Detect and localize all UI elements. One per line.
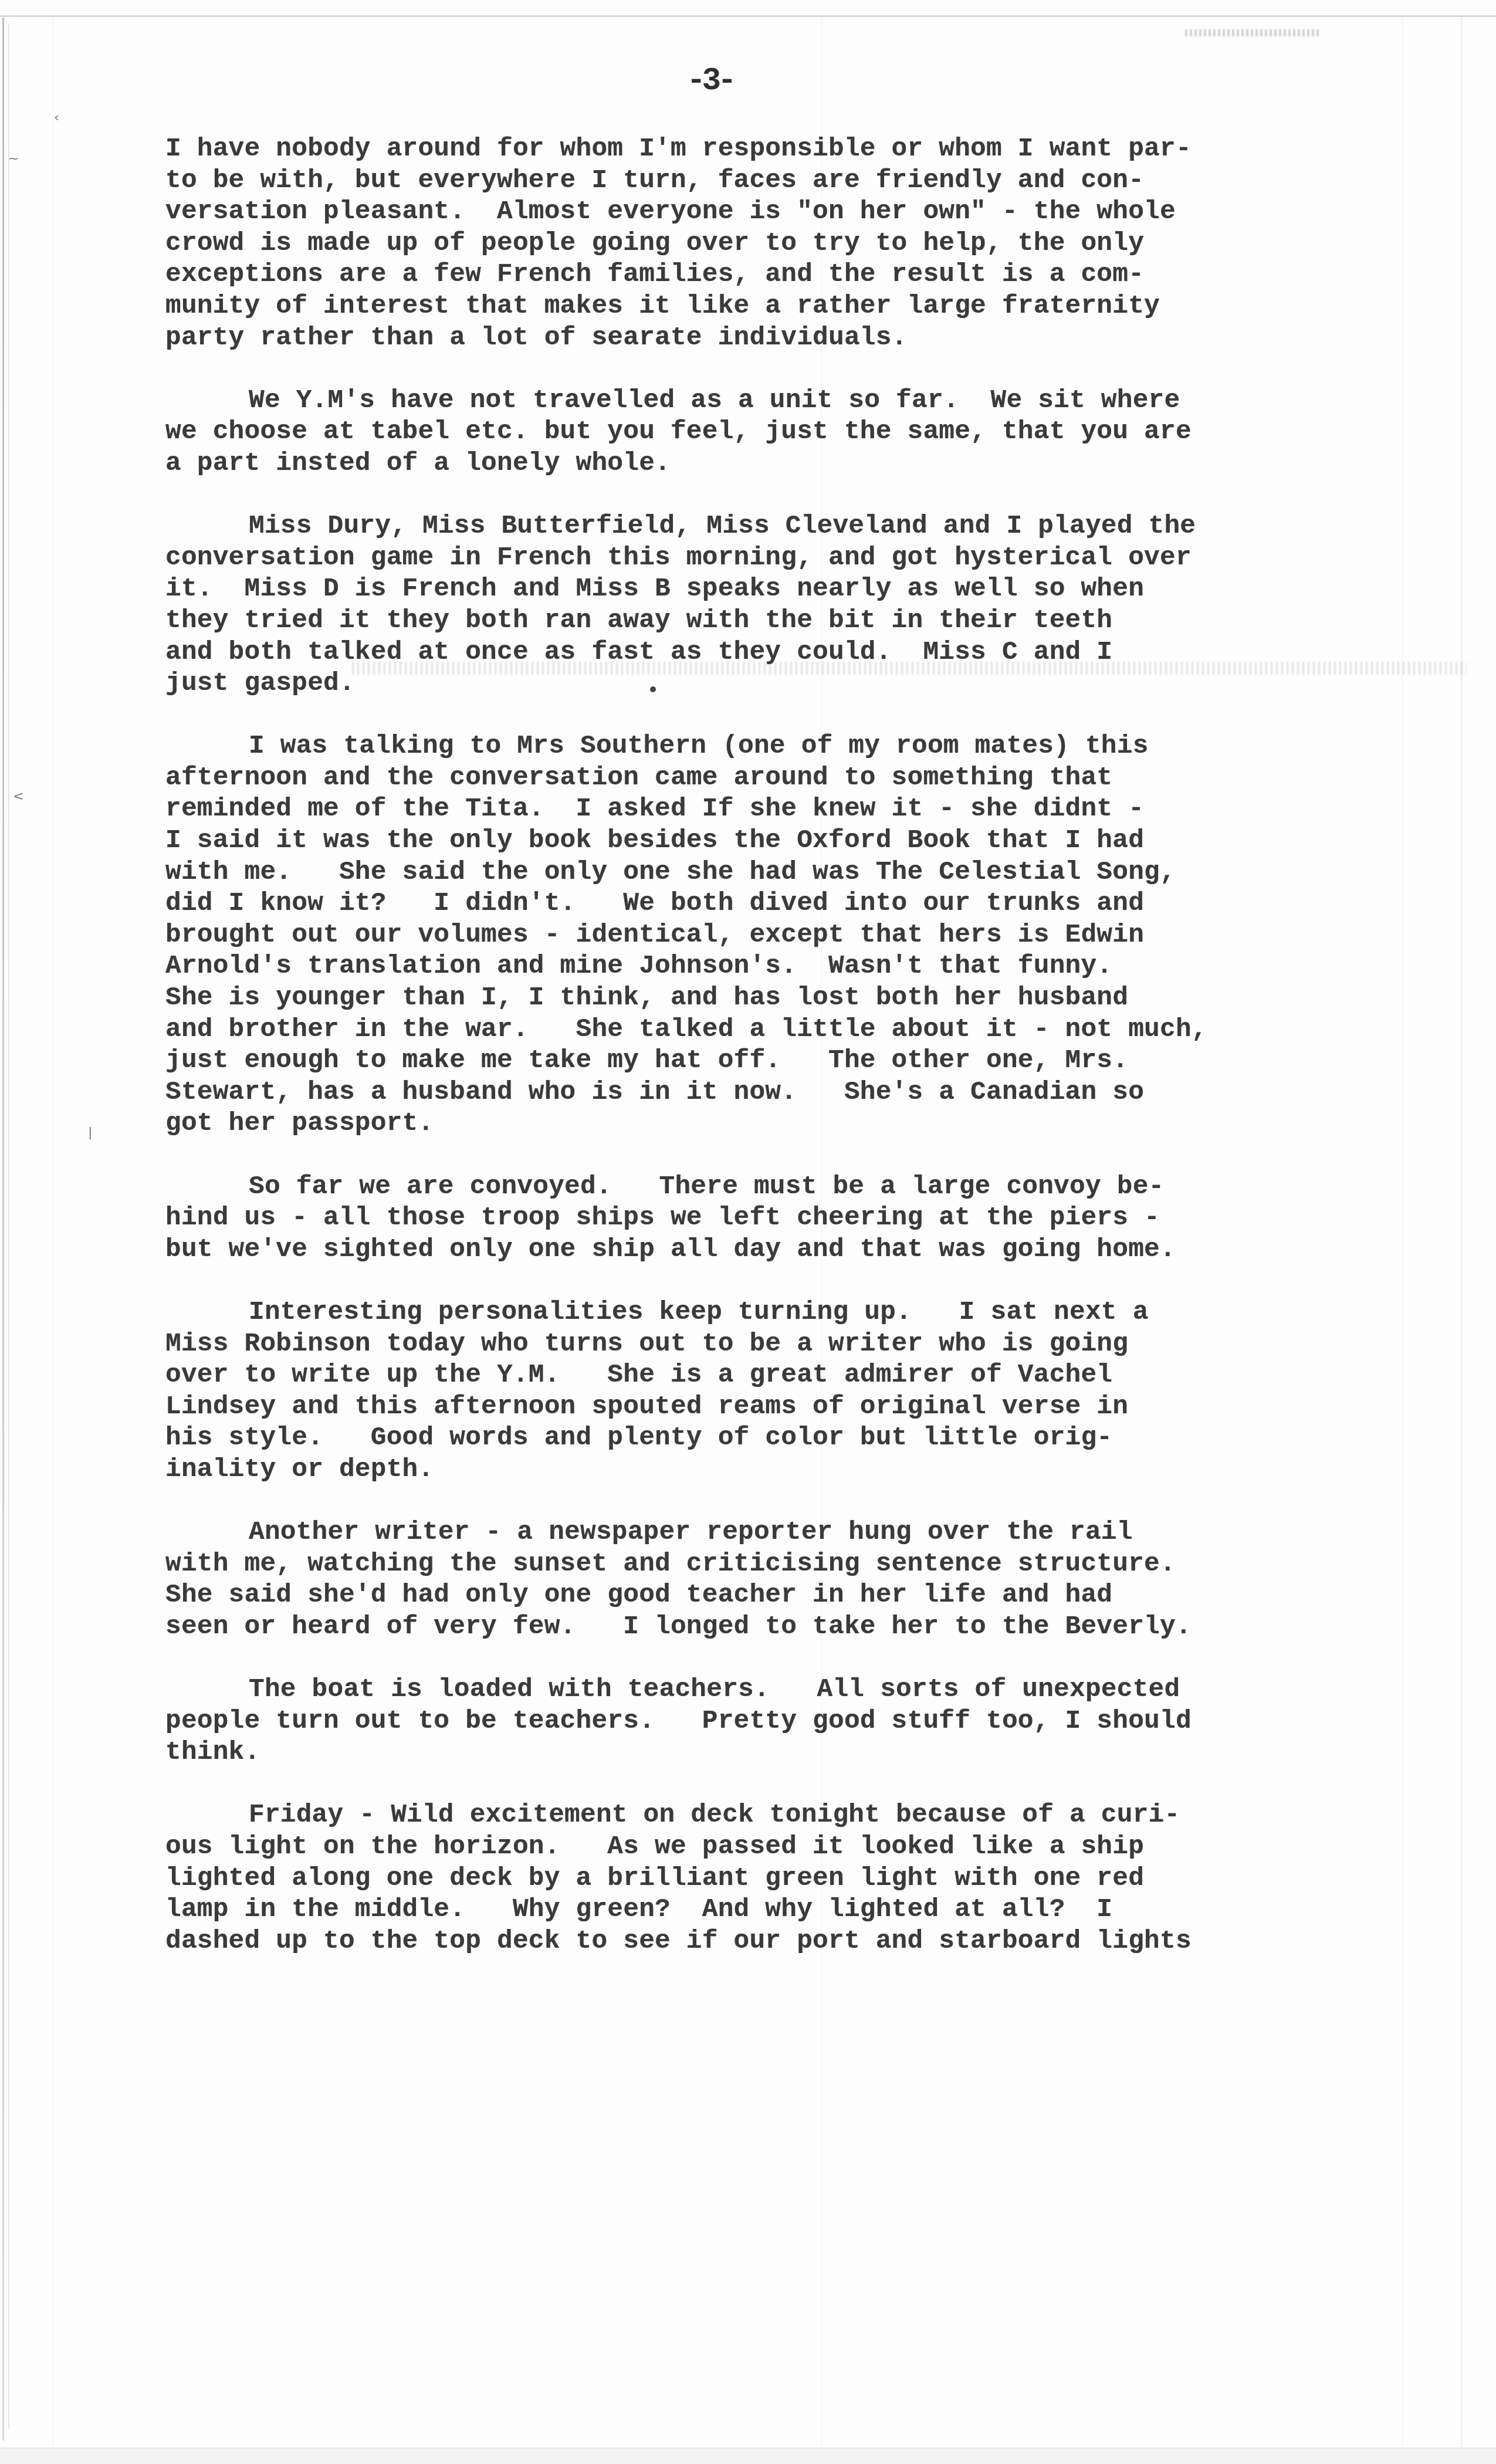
paragraph: Friday - Wild excitement on deck tonight… [165, 1800, 1339, 1957]
text-line: Stewart, has a husband who is in it now.… [165, 1077, 1339, 1109]
text-line: She is younger than I, I think, and has … [165, 983, 1339, 1014]
text-line: and both talked at once as fast as they … [165, 637, 1339, 669]
text-line: inality or depth. [165, 1454, 1339, 1486]
text-line: party rather than a lot of searate indiv… [165, 323, 1339, 354]
text-line: lighted along one deck by a brilliant gr… [165, 1863, 1339, 1895]
text-line: with me, watching the sunset and critici… [165, 1549, 1339, 1580]
scan-border-right [1461, 18, 1462, 2446]
text-line: reminded me of the Tita. I asked If she … [165, 794, 1339, 825]
text-line: it. Miss D is French and Miss B speaks n… [165, 574, 1339, 605]
text-line: think. [165, 1737, 1339, 1769]
text-line: We Y.M's have not travelled as a unit so… [165, 385, 1339, 417]
text-line: Miss Dury, Miss Butterfield, Miss Clevel… [165, 511, 1339, 543]
paragraph: Interesting personalities keep turning u… [165, 1297, 1339, 1486]
text-line: I was talking to Mrs Southern (one of my… [165, 731, 1339, 763]
text-line: they tried it they both ran away with th… [165, 605, 1339, 637]
text-line: seen or heard of very few. I longed to t… [165, 1612, 1339, 1643]
text-line: crowd is made up of people going over to… [165, 228, 1339, 260]
text-line: So far we are convoyed. There must be a … [165, 1172, 1339, 1203]
text-line: munity of interest that makes it like a … [165, 291, 1339, 323]
text-line: over to write up the Y.M. She is a great… [165, 1360, 1339, 1392]
scan-border-bottom [0, 2448, 1496, 2464]
text-line: hind us - all those troop ships we left … [165, 1203, 1339, 1234]
scan-artifact-line [53, 18, 53, 2446]
text-line: Arnold's translation and mine Johnson's.… [165, 951, 1339, 983]
paragraph: I was talking to Mrs Southern (one of my… [165, 731, 1339, 1140]
text-line: versation pleasant. Almost everyone is "… [165, 197, 1339, 228]
margin-mark: ‹ [54, 110, 59, 125]
text-line: lamp in the middle. Why green? And why l… [165, 1894, 1339, 1926]
scan-artifact-line [1402, 18, 1403, 2446]
paragraph: Miss Dury, Miss Butterfield, Miss Clevel… [165, 511, 1339, 700]
text-line: we choose at tabel etc. but you feel, ju… [165, 417, 1339, 448]
margin-mark: ~ [8, 151, 19, 166]
text-line: afternoon and the conversation came arou… [165, 763, 1339, 794]
paragraph: We Y.M's have not travelled as a unit so… [165, 385, 1339, 480]
text-line: his style. Good words and plenty of colo… [165, 1423, 1339, 1454]
text-line: got her passport. [165, 1108, 1339, 1140]
text-line: did I know it? I didn't. We both dived i… [165, 888, 1339, 920]
text-line: brought out our volumes - identical, exc… [165, 920, 1339, 952]
text-line: Interesting personalities keep turning u… [165, 1297, 1339, 1329]
page-number: -3- [672, 63, 748, 99]
text-line: ous light on the horizon. As we passed i… [165, 1832, 1339, 1863]
text-line: conversation game in French this morning… [165, 543, 1339, 574]
margin-mark: < [13, 789, 23, 804]
ink-smudge [1185, 29, 1320, 36]
text-line: a part insted of a lonely whole. [165, 448, 1339, 480]
text-line: just gasped. [165, 668, 1339, 700]
text-line: to be with, but everywhere I turn, faces… [165, 165, 1339, 197]
text-line: exceptions are a few French families, an… [165, 259, 1339, 291]
text-line: I said it was the only book besides the … [165, 825, 1339, 857]
paragraph: So far we are convoyed. There must be a … [165, 1172, 1339, 1266]
paragraph: Another writer - a newspaper reporter hu… [165, 1517, 1339, 1643]
scan-border-left [2, 18, 4, 2441]
text-line: with me. She said the only one she had w… [165, 857, 1339, 889]
text-line: She said she'd had only one good teacher… [165, 1580, 1339, 1612]
text-line: dashed up to the top deck to see if our … [165, 1926, 1339, 1958]
paragraph: The boat is loaded with teachers. All so… [165, 1674, 1339, 1769]
scan-border-top [0, 15, 1496, 17]
text-line: Friday - Wild excitement on deck tonight… [165, 1800, 1339, 1832]
text-line: The boat is loaded with teachers. All so… [165, 1674, 1339, 1706]
text-line: just enough to make me take my hat off. … [165, 1045, 1339, 1077]
text-line: Lindsey and this afternoon spouted reams… [165, 1392, 1339, 1423]
text-line: but we've sighted only one ship all day … [165, 1234, 1339, 1266]
text-line: and brother in the war. She talked a lit… [165, 1014, 1339, 1046]
margin-mark: | [88, 1125, 92, 1140]
paragraph: I have nobody around for whom I'm respon… [165, 134, 1339, 354]
letter-body: I have nobody around for whom I'm respon… [165, 134, 1339, 1989]
text-line: Miss Robinson today who turns out to be … [165, 1329, 1339, 1360]
text-line: Another writer - a newspaper reporter hu… [165, 1517, 1339, 1549]
scanned-page: ‹ ~ < | -3- I have nobody around for who… [0, 0, 1496, 2464]
text-line: people turn out to be teachers. Pretty g… [165, 1706, 1339, 1738]
scan-border-left-inner [8, 23, 9, 2429]
text-line: I have nobody around for whom I'm respon… [165, 134, 1339, 165]
